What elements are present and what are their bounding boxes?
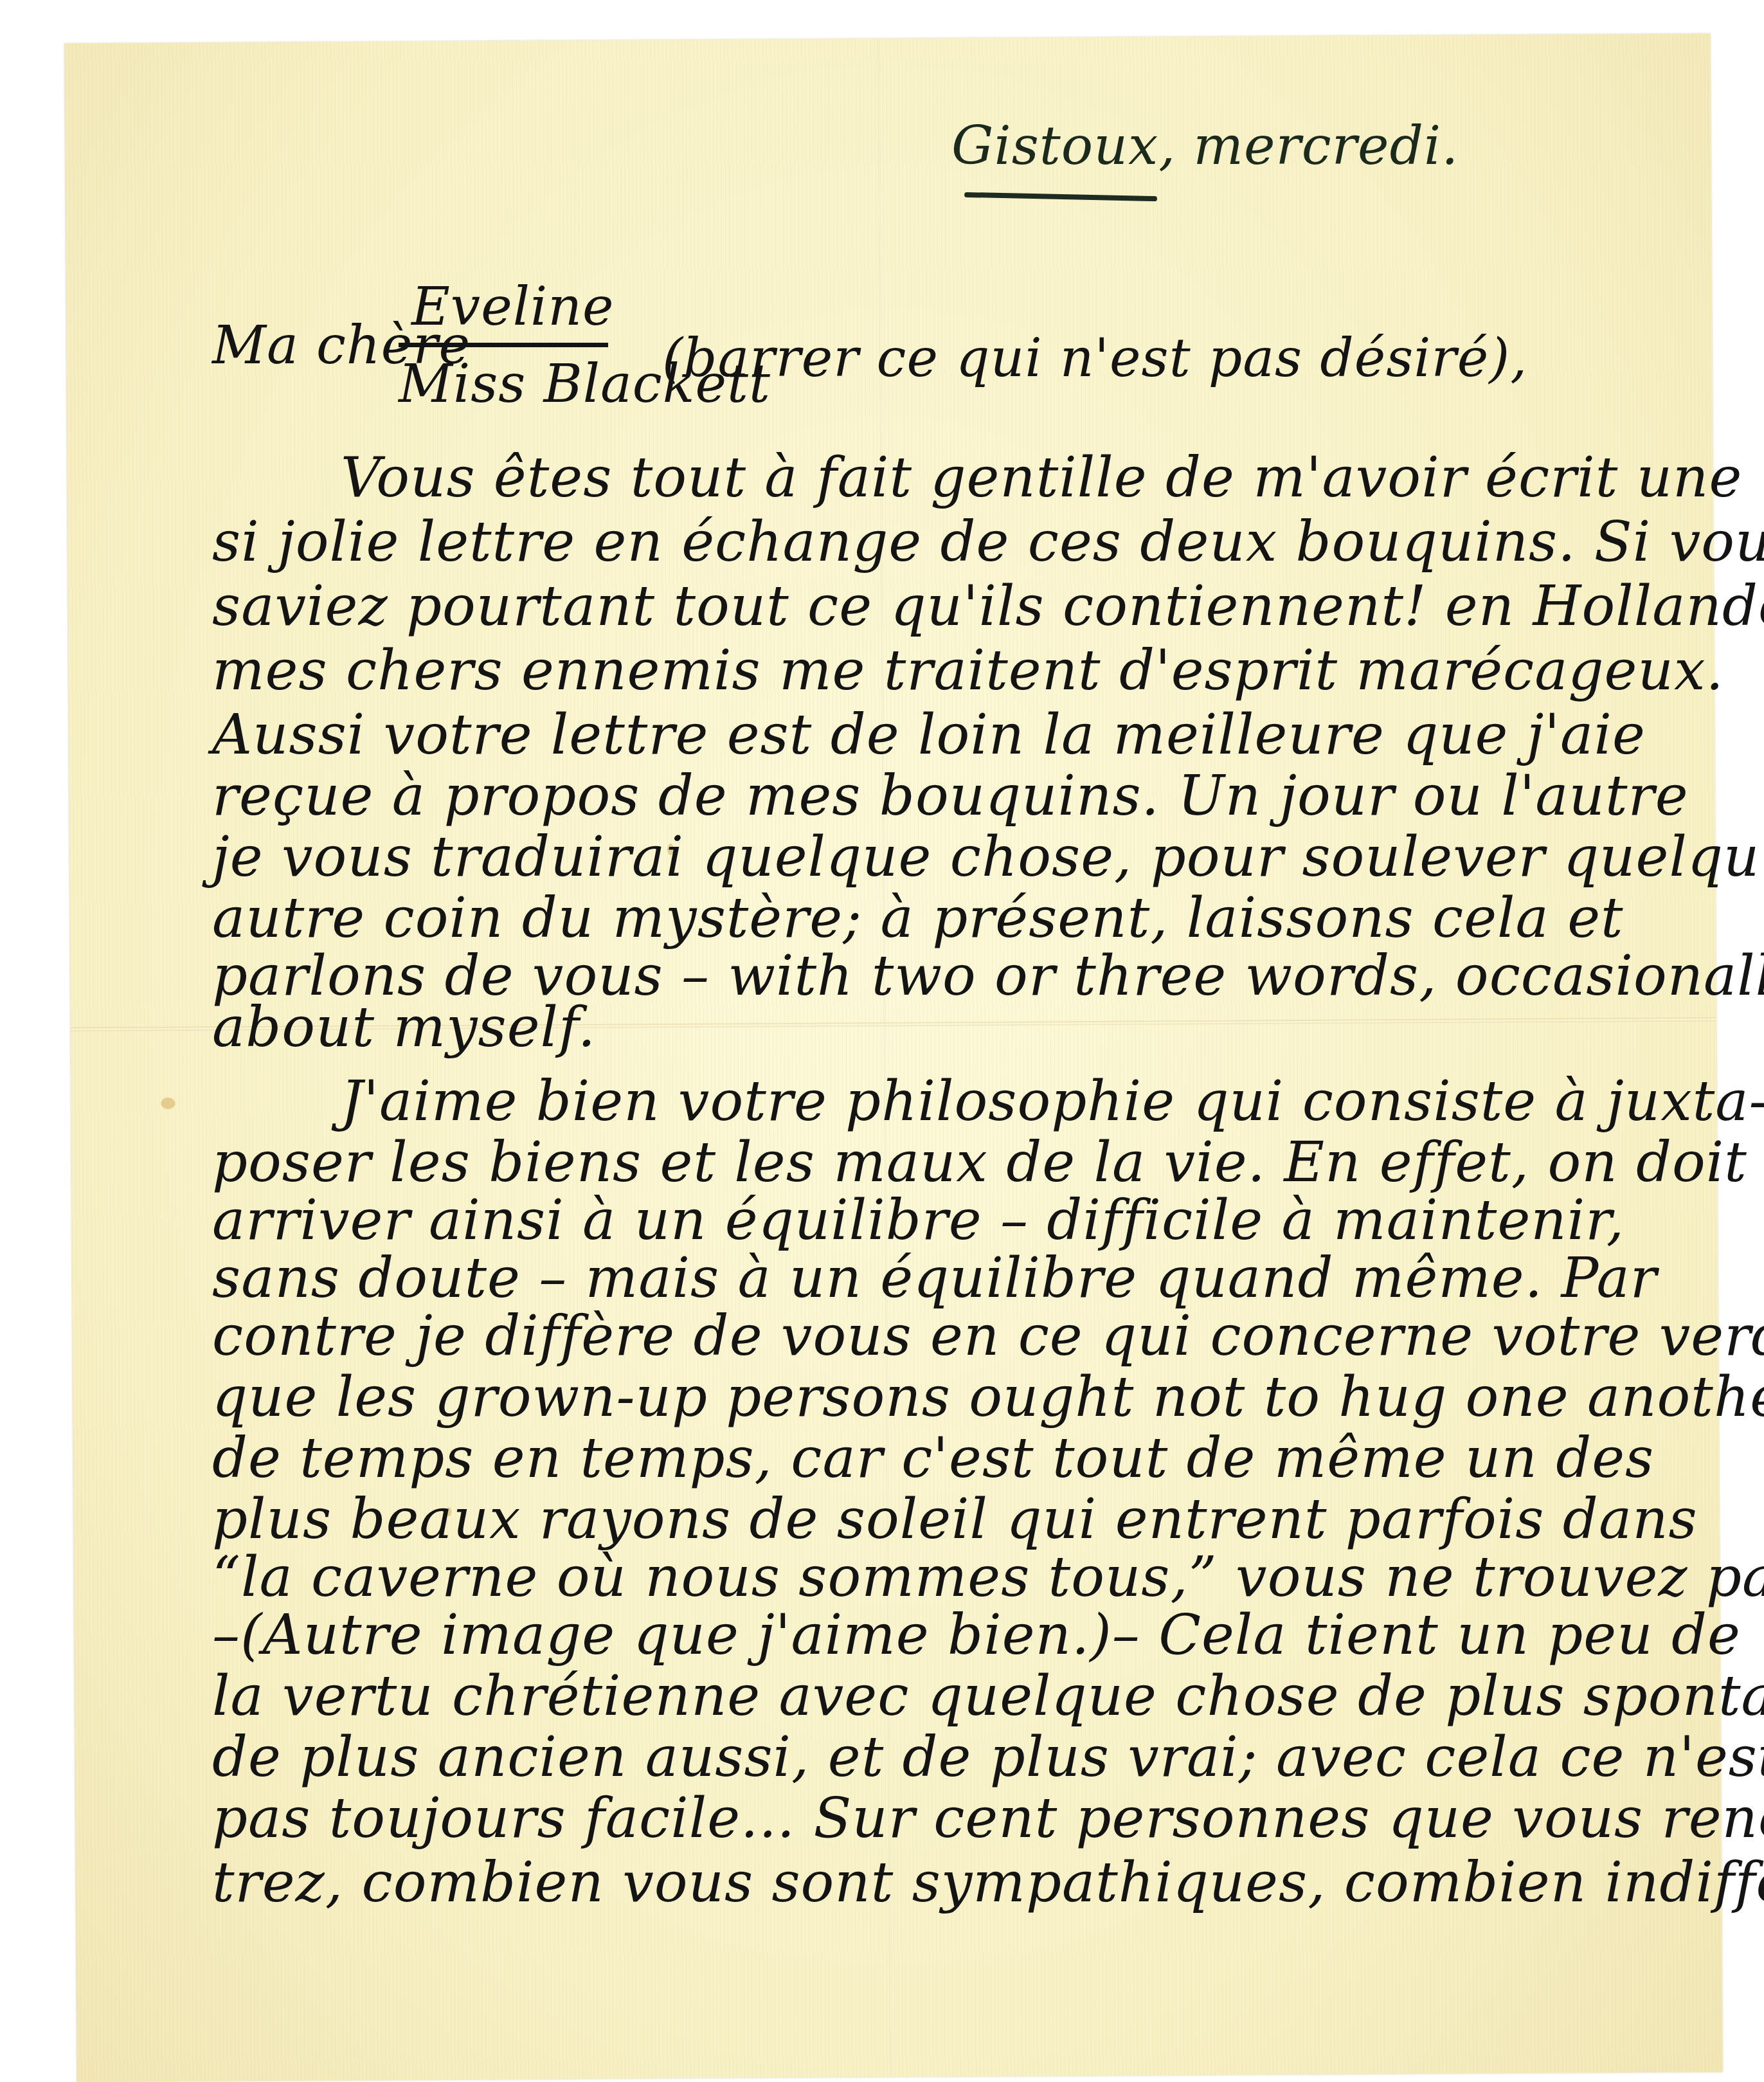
letter-line: reçue à propos de mes bouquins. Un jour … [212, 768, 1689, 824]
letter-line: poser les biens et les maux de la vie. E… [212, 1135, 1747, 1190]
letter-line: contre je diffère de vous en ce qui conc… [212, 1308, 1764, 1364]
letter-line: la vertu chrétienne avec quelque chose d… [212, 1669, 1764, 1724]
letter-line: arriver ainsi à un équilibre – difficile… [212, 1193, 1625, 1248]
place-date-heading: Gistoux, mercredi. [951, 116, 1459, 177]
paper-stain [161, 1098, 175, 1109]
salutation: Ma chère Eveline Miss Blackett (barrer c… [212, 276, 1691, 457]
letter-line: trez, combien vous sont sympathiques, co… [212, 1855, 1764, 1910]
letter-line: de plus ancien aussi, et de plus vrai; a… [212, 1730, 1764, 1785]
letter-line: mes chers ennemis me traitent d'esprit m… [212, 643, 1724, 698]
letter-line: pas toujours facile... Sur cent personne… [212, 1791, 1764, 1846]
letter-line: Aussi votre lettre est de loin la meille… [212, 707, 1646, 763]
salutation-note: (barrer ce qui n'est pas désiré), [662, 328, 1527, 389]
letter-line: sans doute – mais à un équilibre quand m… [212, 1251, 1657, 1306]
letter-line: si jolie lettre en échange de ces deux b… [212, 514, 1764, 570]
letter-line: que les grown-up persons ought not to hu… [212, 1370, 1764, 1425]
letter-line: about myself. [212, 1000, 596, 1055]
letter-line: de temps en temps, car c'est tout de mêm… [212, 1431, 1654, 1486]
letter-line: autre coin du mystère; à présent, laisso… [212, 891, 1624, 946]
letter-line: “la caverne où nous sommes tous,” vous n… [212, 1550, 1764, 1605]
letter-line: Vous êtes tout à fait gentille de m'avoi… [341, 450, 1742, 505]
letter-line: je vous traduirai quelque chose, pour so… [212, 829, 1764, 885]
letter-line: saviez pourtant tout ce qu'ils contienne… [212, 579, 1764, 634]
letter-line: plus beaux rayons de soleil qui entrent … [212, 1492, 1698, 1547]
letter-line: –(Autre image que j'aime bien.)– Cela ti… [212, 1607, 1741, 1663]
salutation-option-first-name: Eveline [399, 276, 608, 347]
letter-line: J'aime bien votre philosophie qui consis… [341, 1074, 1764, 1129]
